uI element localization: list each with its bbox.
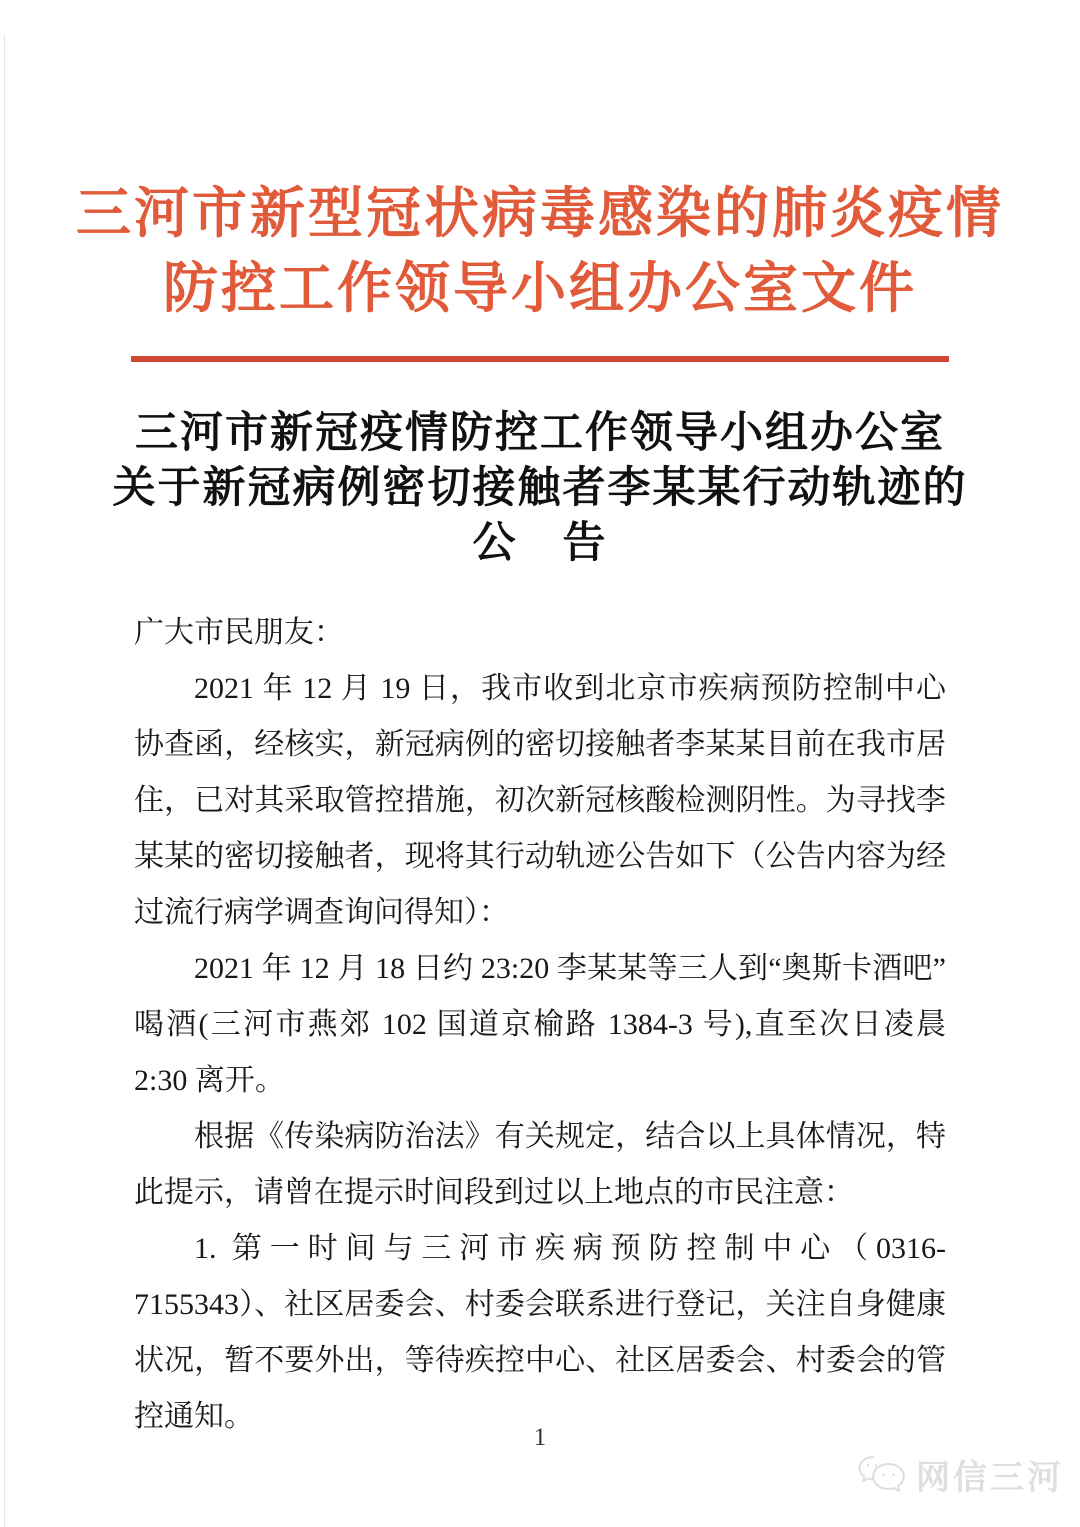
document-page: 三河市新型冠状病毒感染的肺炎疫情 防控工作领导小组办公室文件 三河市新冠疫情防控… [0, 0, 1080, 1527]
document-body: 广大市民朋友： 2021 年 12 月 19 日，我市收到北京市疾病预防控制中心… [134, 605, 946, 1445]
document-title-line1: 三河市新冠疫情防控工作领导小组办公室 [0, 406, 1080, 461]
paragraph-2: 2021 年 12 月 18 日约 23:20 李某某等三人到“奥斯卡酒吧”喝酒… [134, 941, 946, 1109]
publisher-watermark: 网信三河 [856, 1450, 1064, 1499]
letterhead-divider [131, 356, 949, 362]
letterhead: 三河市新型冠状病毒感染的肺炎疫情 防控工作领导小组办公室文件 [0, 176, 1080, 326]
letterhead-title-line1: 三河市新型冠状病毒感染的肺炎疫情 [0, 176, 1080, 251]
document-title: 三河市新冠疫情防控工作领导小组办公室 关于新冠病例密切接触者李某某行动轨迹的 公… [0, 406, 1080, 571]
paragraph-1: 2021 年 12 月 19 日，我市收到北京市疾病预防控制中心协查函，经核实，… [134, 661, 946, 941]
wechat-bubbles-icon [856, 1454, 908, 1496]
paragraph-3: 根据《传染病防治法》有关规定，结合以上具体情况，特此提示，请曾在提示时间段到过以… [134, 1109, 946, 1221]
watermark-text: 网信三河 [916, 1450, 1064, 1499]
salutation: 广大市民朋友： [134, 605, 946, 661]
paragraph-4: 1. 第一时间与三河市疾病预防控制中心（0316-7155343）、社区居委会、… [134, 1221, 946, 1445]
letterhead-title-line2: 防控工作领导小组办公室文件 [0, 251, 1080, 326]
page-number: 1 [0, 1424, 1080, 1452]
document-title-line2: 关于新冠病例密切接触者李某某行动轨迹的 [0, 461, 1080, 516]
document-title-line3: 公 告 [0, 516, 1080, 571]
scan-edge-artifact [4, 34, 5, 1527]
